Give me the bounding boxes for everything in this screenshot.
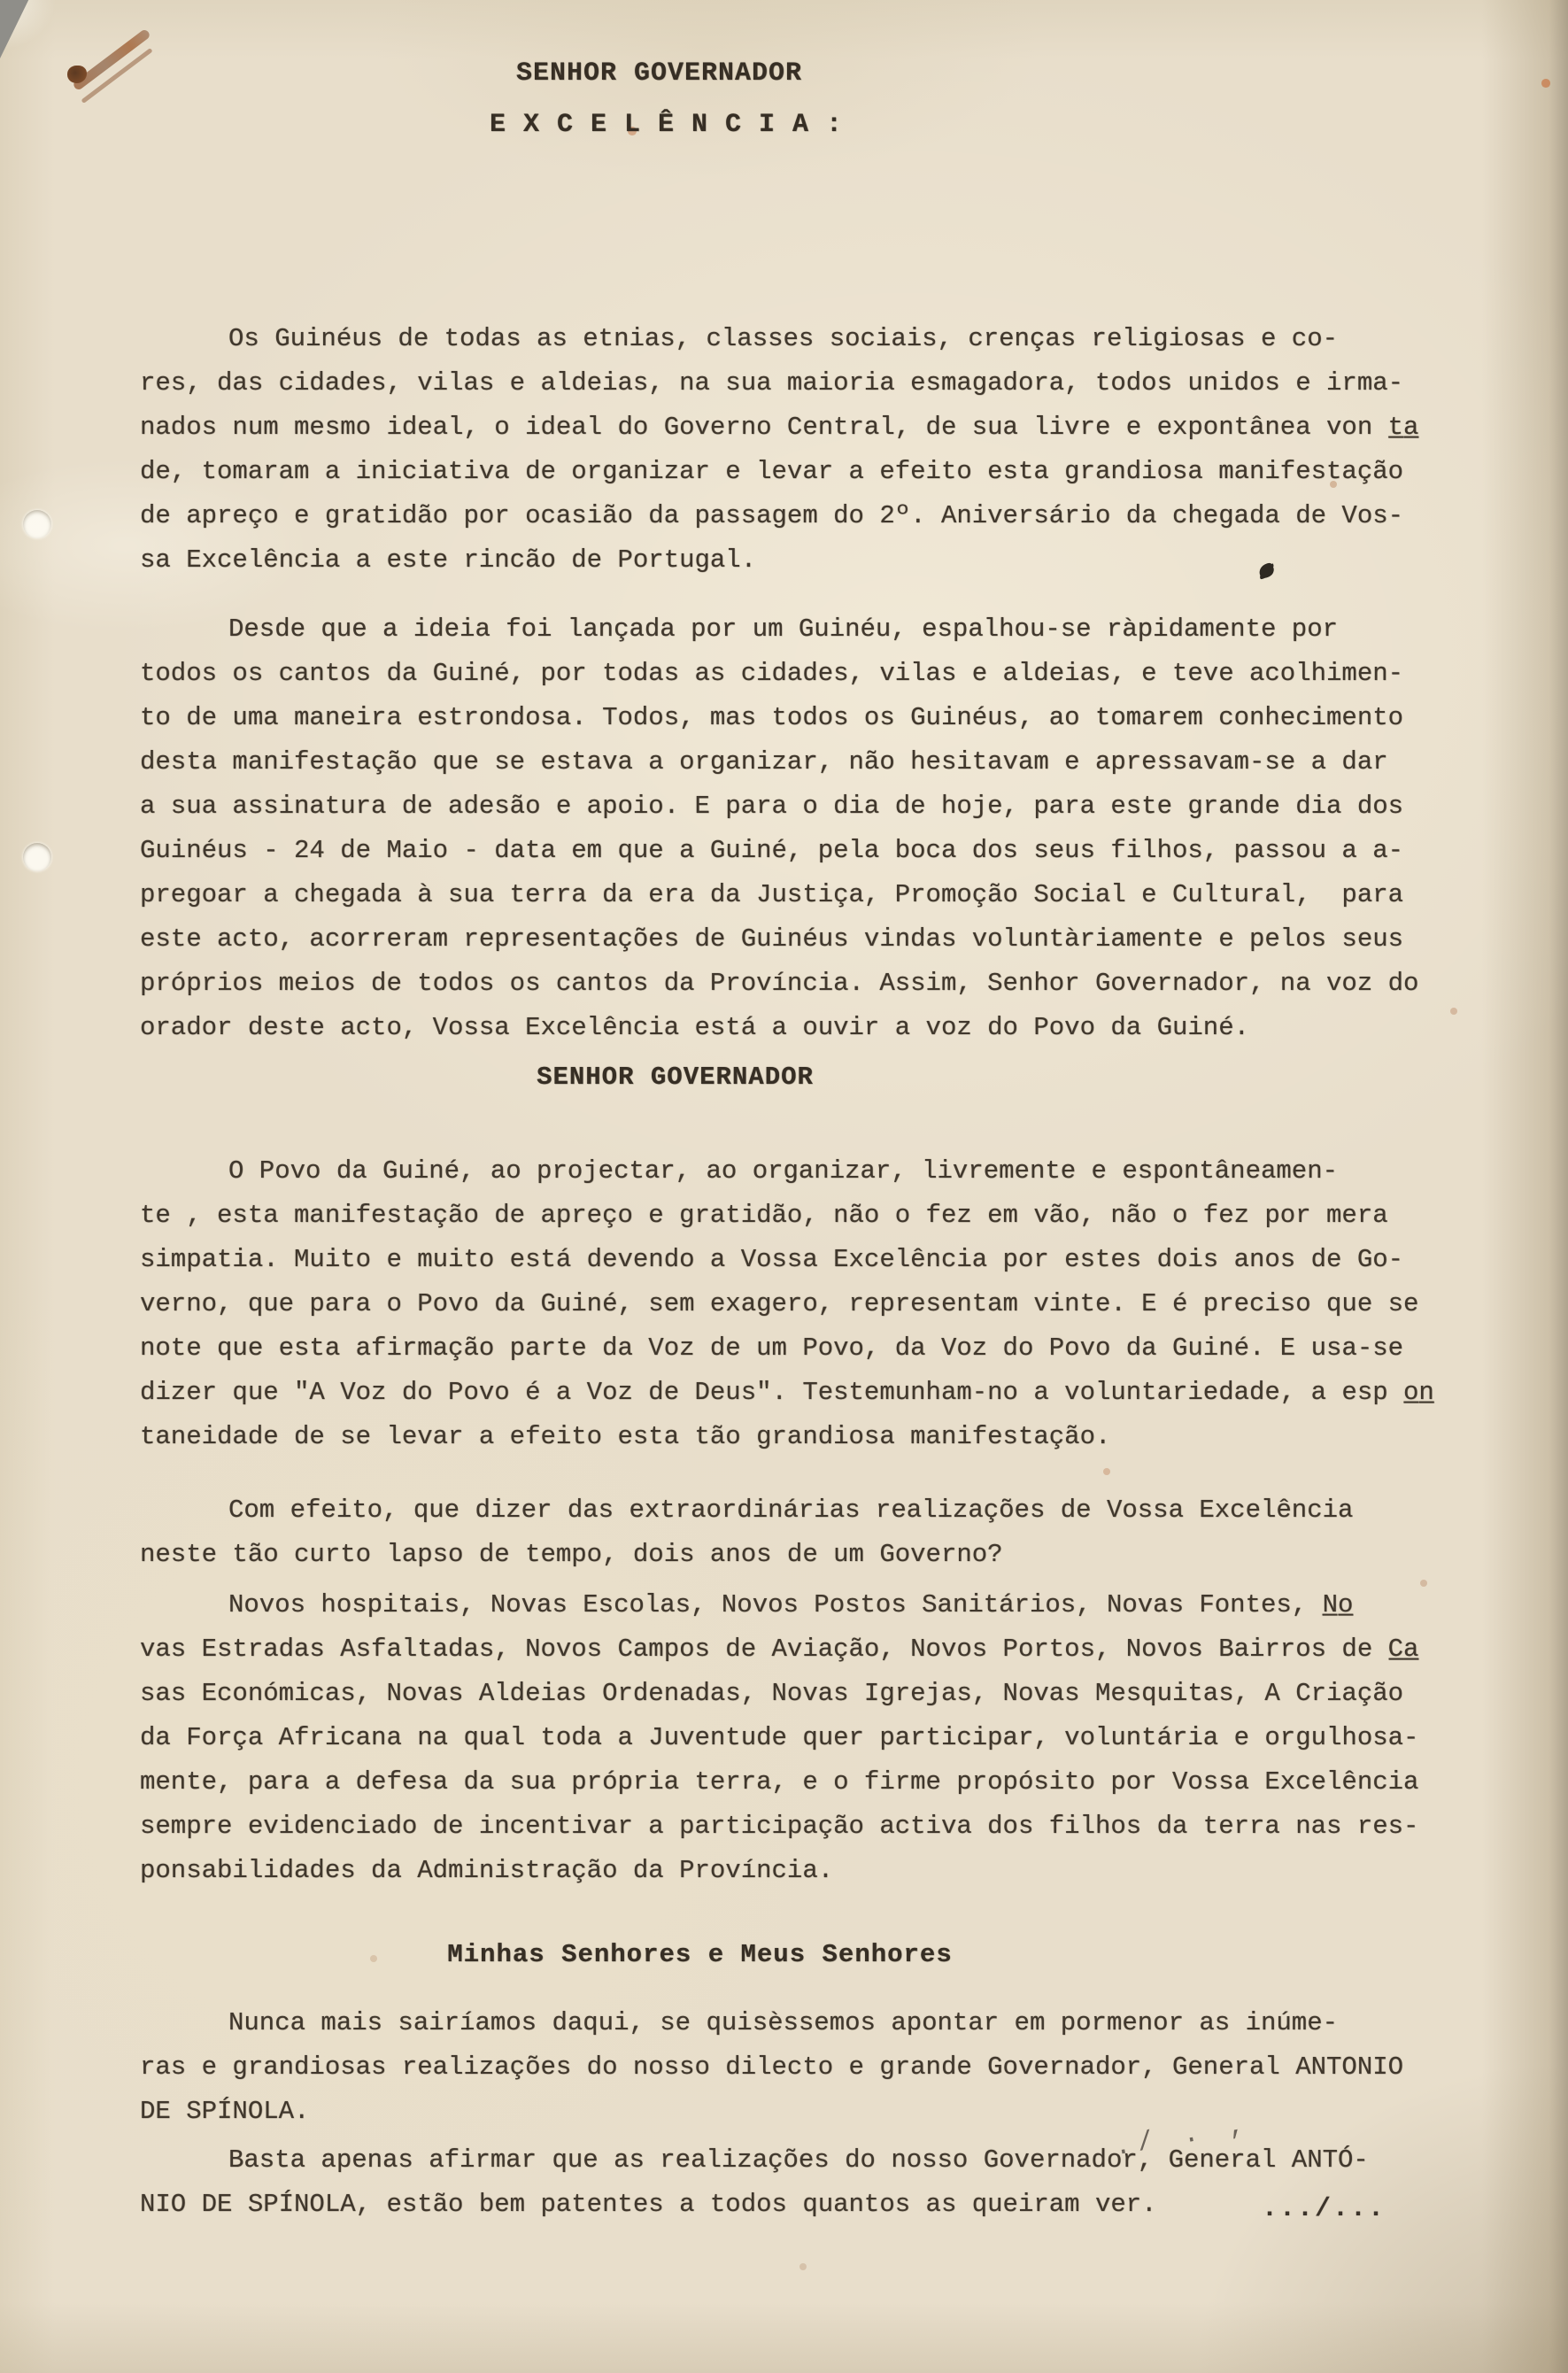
para-povo: O Povo da Guiné, ao projectar, ao organi…: [140, 1149, 1479, 1459]
document-line: DE SPÍNOLA.: [140, 2090, 1479, 2134]
document-line: note que esta afirmação parte da Voz de …: [140, 1326, 1479, 1371]
document-line: pregoar a chegada à sua terra da era da …: [140, 873, 1479, 917]
document-line: dizer que "A Voz do Povo é a Voz de Deus…: [140, 1371, 1479, 1415]
document-line: ras e grandiosas realizações do nosso di…: [140, 2045, 1479, 2090]
para-intro: Os Guinéus de todas as etnias, classes s…: [140, 317, 1479, 583]
document-line: Com efeito, que dizer das extraordinária…: [140, 1488, 1479, 1533]
document-title: SENHOR GOVERNADOR: [0, 51, 1329, 96]
document-line: Desde que a ideia foi lançada por um Gui…: [140, 607, 1479, 652]
document-salutation: E X C E L Ê N C I A :: [0, 103, 1336, 147]
document-line: verno, que para o Povo da Guiné, sem exa…: [140, 1282, 1479, 1326]
para-idea: Desde que a ideia foi lançada por um Gui…: [140, 607, 1479, 1050]
document-line: Basta apenas afirmar que as realizações …: [140, 2138, 1479, 2183]
document-line: todos os cantos da Guiné, por todas as c…: [140, 652, 1479, 696]
document-line: Guinéus - 24 de Maio - data em que a Gui…: [140, 829, 1479, 873]
scanned-document-page: SENHOR GOVERNADOR E X C E L Ê N C I A : …: [0, 0, 1568, 2373]
para-nunca-mais: Nunca mais sairíamos daqui, se quisèssem…: [140, 2001, 1479, 2134]
document-line: a sua assinatura de adesão e apoio. E pa…: [140, 785, 1479, 829]
document-line: nados num mesmo ideal, o ideal do Govern…: [140, 406, 1479, 450]
document-line: orador deste acto, Vossa Excelência está…: [140, 1006, 1479, 1050]
heading-minhas-senhores: Minhas Senhores e Meus Senhores: [30, 1933, 1370, 1977]
para-novos: Novos hospitais, Novas Escolas, Novos Po…: [140, 1583, 1479, 1893]
document-line: este acto, acorreram representações de G…: [140, 917, 1479, 962]
document-line: da Força Africana na qual toda a Juventu…: [140, 1716, 1479, 1760]
heading-senhor-governador-mid: SENHOR GOVERNADOR: [5, 1055, 1345, 1100]
document-line: O Povo da Guiné, ao projectar, ao organi…: [140, 1149, 1479, 1194]
document-line: de, tomaram a iniciativa de organizar e …: [140, 450, 1479, 494]
document-line: sa Excelência a este rincão de Portugal.: [140, 538, 1479, 583]
document-line: Novos hospitais, Novas Escolas, Novos Po…: [140, 1583, 1479, 1627]
document-line: desta manifestação que se estava a organ…: [140, 740, 1479, 785]
document-line: Nunca mais sairíamos daqui, se quisèssem…: [140, 2001, 1479, 2045]
document-line: simpatia. Muito e muito está devendo a V…: [140, 1238, 1479, 1282]
document-line: vas Estradas Asfaltadas, Novos Campos de…: [140, 1627, 1479, 1672]
document-content: SENHOR GOVERNADOR E X C E L Ê N C I A : …: [0, 0, 1568, 2227]
document-line: neste tão curto lapso de tempo, dois ano…: [140, 1533, 1479, 1577]
document-line: res, das cidades, vilas e aldeias, na su…: [140, 361, 1479, 406]
document-line: Os Guinéus de todas as etnias, classes s…: [140, 317, 1479, 361]
para-com-efeito: Com efeito, que dizer das extraordinária…: [140, 1488, 1479, 1577]
document-line: próprios meios de todos os cantos da Pro…: [140, 962, 1479, 1006]
continuation-mark: .../...: [1262, 2194, 1386, 2224]
document-line: sempre evidenciado de incentivar a parti…: [140, 1805, 1479, 1849]
document-line: taneidade de se levar a efeito esta tão …: [140, 1415, 1479, 1459]
document-line: ponsabilidades da Administração da Proví…: [140, 1849, 1479, 1893]
document-line: te , esta manifestação de apreço e grati…: [140, 1194, 1479, 1238]
document-line: mente, para a defesa da sua própria terr…: [140, 1760, 1479, 1805]
document-line: sas Económicas, Novas Aldeias Ordenadas,…: [140, 1672, 1479, 1716]
document-line: to de uma maneira estrondosa. Todos, mas…: [140, 696, 1479, 740]
document-body: Os Guinéus de todas as etnias, classes s…: [140, 317, 1479, 2227]
document-line: de apreço e gratidão por ocasião da pass…: [140, 494, 1479, 538]
